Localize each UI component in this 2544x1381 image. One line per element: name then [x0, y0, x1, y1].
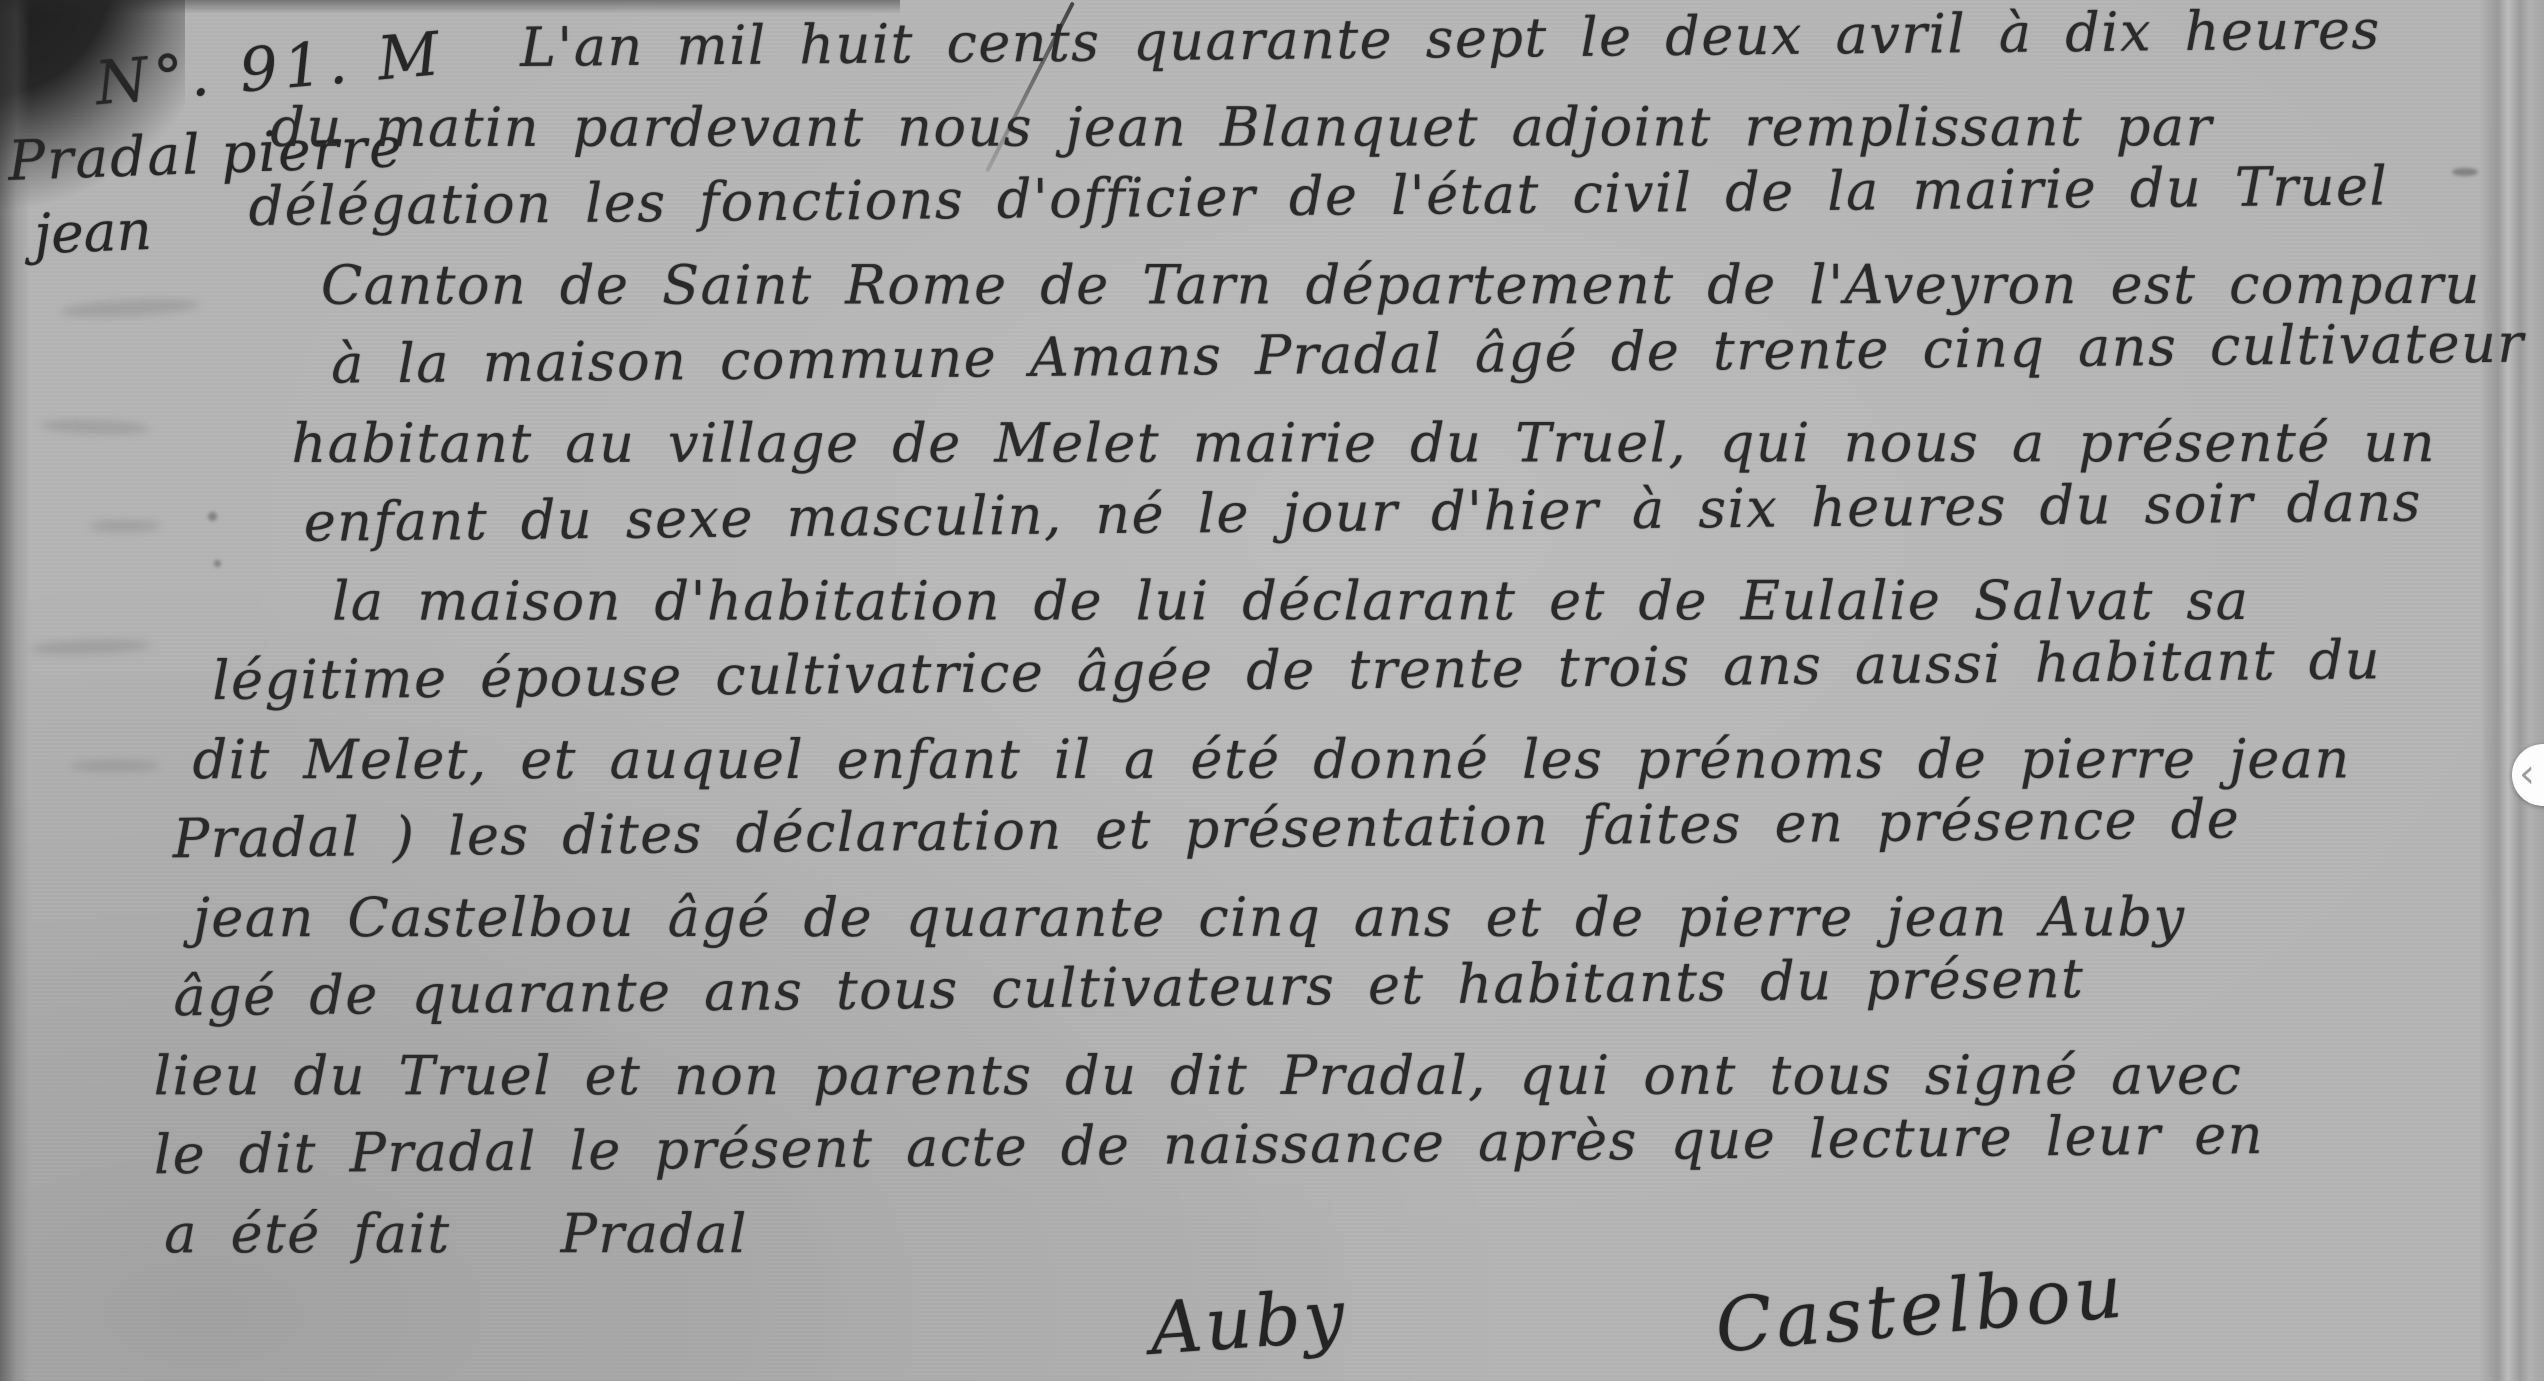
scanned-register-page: N°. 91. M Pradal pierre jean L'an mil hu…	[0, 0, 2544, 1381]
bleed-through-mark	[30, 638, 150, 656]
bleed-through-mark	[40, 418, 150, 436]
scan-left-edge-shadow	[0, 0, 30, 1381]
bleed-through-mark	[60, 296, 201, 319]
bleed-through-mark	[70, 760, 160, 772]
signature-pradal-inline: Pradal	[561, 1202, 748, 1265]
ink-speck	[208, 512, 217, 521]
manuscript-line: L'an mil huit cents quarante sept le deu…	[520, 0, 2531, 90]
ink-speck	[214, 560, 221, 567]
signature-auby: Auby	[1147, 1273, 1350, 1371]
chevron-left-icon: ‹	[2519, 751, 2535, 797]
act-body-text: L'an mil huit cents quarante sept le deu…	[240, 4, 2534, 1276]
bleed-through-mark	[90, 520, 160, 532]
manuscript-line: a été faitPradal	[164, 1196, 2534, 1276]
margin-name-line2: jean	[33, 198, 153, 266]
closing-phrase: a été fait	[164, 1202, 450, 1265]
